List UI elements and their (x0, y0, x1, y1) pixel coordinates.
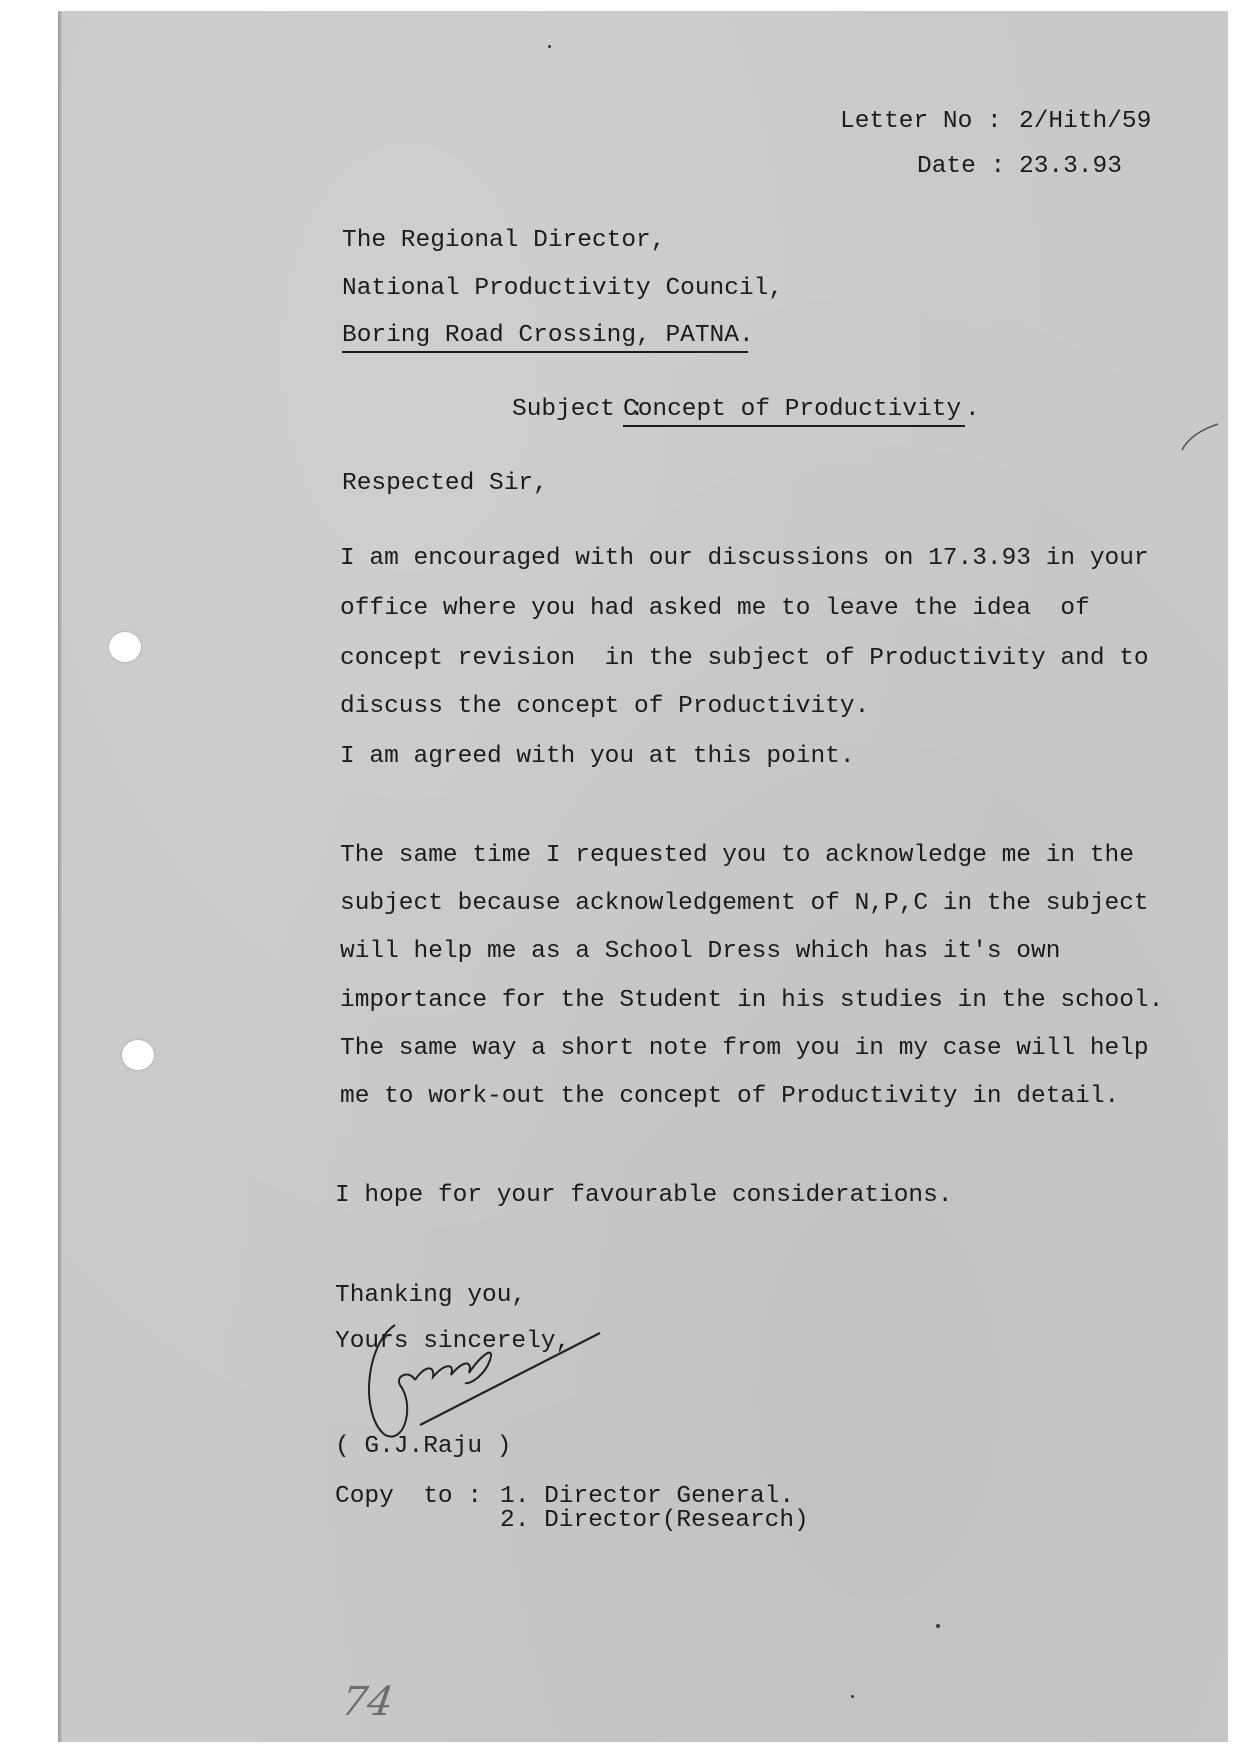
paragraph-1-line-3: concept revision in the subject of Produ… (340, 647, 1149, 672)
salutation: Respected Sir, (342, 472, 548, 497)
date-value: 23.3.93 (1019, 155, 1122, 180)
paragraph-1-line-4: discuss the concept of Productivity. (340, 695, 869, 720)
date-label: Date : (917, 155, 1005, 180)
speck (851, 1695, 854, 1698)
letter-page: Letter No : 2/Hith/59 Date : 23.3.93 The… (58, 11, 1228, 1742)
recipient-line-2: National Productivity Council, (342, 277, 783, 302)
punch-hole-top (109, 632, 141, 662)
speck (548, 45, 551, 48)
subject-suffix: . (965, 398, 980, 423)
paragraph-2-line-4: importance for the Student in his studie… (340, 989, 1163, 1014)
thanks-line: Thanking you, (335, 1284, 526, 1309)
subject-value: Concept of Productivity (623, 398, 961, 423)
pen-mark-icon (1180, 420, 1220, 460)
paragraph-2-line-3: will help me as a School Dress which has… (340, 940, 1060, 965)
speck (936, 1624, 940, 1628)
paragraph-2-line-1: The same time I requested you to acknowl… (340, 844, 1134, 869)
copy-to-item-1: 1. Director General. (500, 1485, 794, 1510)
copy-to-label: Copy to : (335, 1485, 482, 1510)
recipient-line-1: The Regional Director, (342, 229, 665, 254)
handwritten-page-number: 74 (339, 1679, 396, 1725)
letter-number-value: 2/Hith/59 (1019, 110, 1151, 135)
paragraph-2-line-5: The same way a short note from you in my… (340, 1037, 1149, 1062)
closing-line: I hope for your favourable consideration… (335, 1184, 953, 1209)
copy-to-item-2: 2. Director(Research) (500, 1509, 809, 1534)
letter-number-label: Letter No : (840, 110, 1002, 135)
page-edge-shadow (58, 11, 62, 1742)
recipient-line-3: Boring Road Crossing, PATNA. (342, 324, 754, 349)
punch-hole-bottom (122, 1040, 154, 1070)
subject-underline (623, 425, 965, 427)
paragraph-1-line-1: I am encouraged with our discussions on … (340, 547, 1149, 572)
paragraph-2-line-6: me to work-out the concept of Productivi… (340, 1085, 1119, 1110)
signature-icon (355, 1315, 625, 1445)
recipient-underline (342, 351, 748, 353)
paragraph-1-line-2: office where you had asked me to leave t… (340, 597, 1090, 622)
paragraph-1-line-5: I am agreed with you at this point. (340, 745, 855, 770)
paragraph-2-line-2: subject because acknowledgement of N,P,C… (340, 892, 1149, 917)
